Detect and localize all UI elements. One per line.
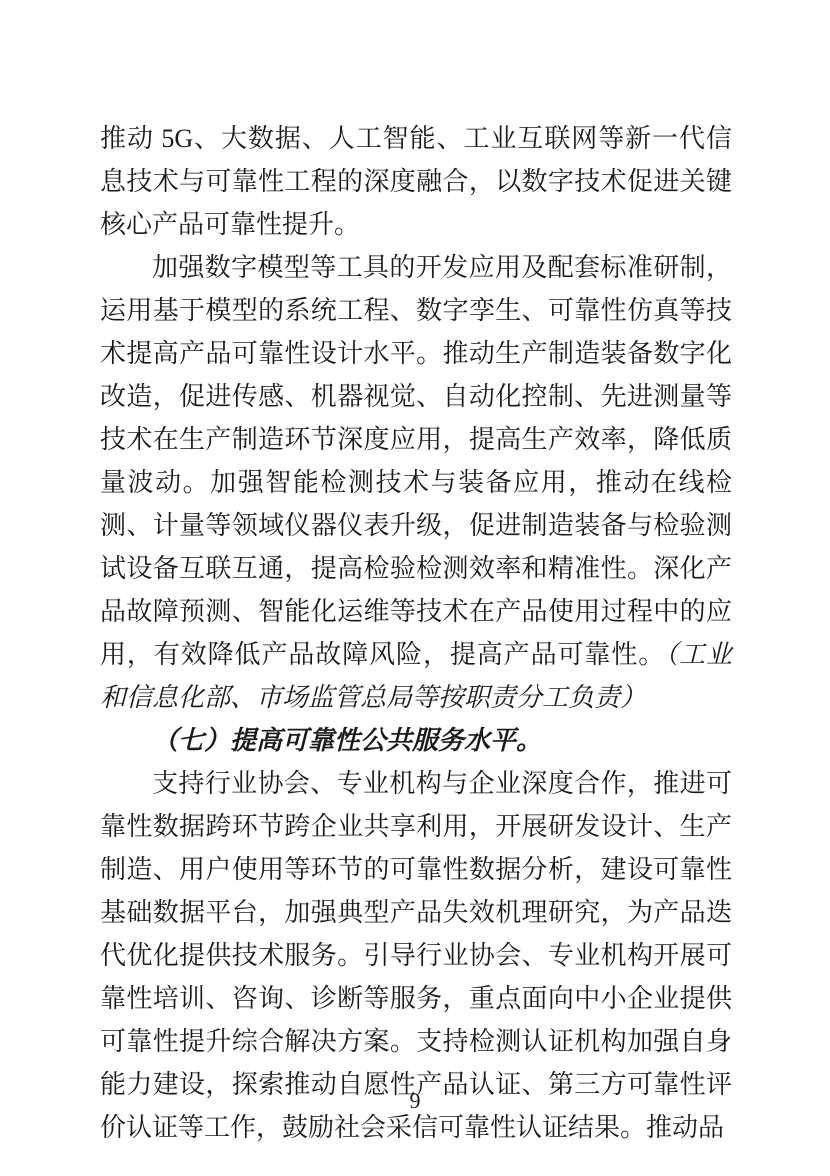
- page-number: 9: [0, 1086, 830, 1116]
- paragraph: 推动 5G、大数据、人工智能、工业互联网等新一代信息技术与可靠性工程的深度融合，…: [100, 117, 732, 246]
- section-heading: （七）提高可靠性公共服务水平。: [100, 719, 732, 762]
- document-body: 推动 5G、大数据、人工智能、工业互联网等新一代信息技术与可靠性工程的深度融合，…: [100, 117, 732, 1149]
- document-page: 推动 5G、大数据、人工智能、工业互联网等新一代信息技术与可靠性工程的深度融合，…: [0, 0, 830, 1176]
- text-run-normal: 加强数字模型等工具的开发应用及配套标准研制，运用基于模型的系统工程、数字孪生、可…: [100, 253, 732, 669]
- text-run-bold: （七）提高可靠性公共服务水平。: [152, 726, 542, 755]
- text-run-normal: 推动 5G、大数据、人工智能、工业互联网等新一代信息技术与可靠性工程的深度融合，…: [100, 124, 732, 239]
- paragraph: 加强数字模型等工具的开发应用及配套标准研制，运用基于模型的系统工程、数字孪生、可…: [100, 246, 732, 719]
